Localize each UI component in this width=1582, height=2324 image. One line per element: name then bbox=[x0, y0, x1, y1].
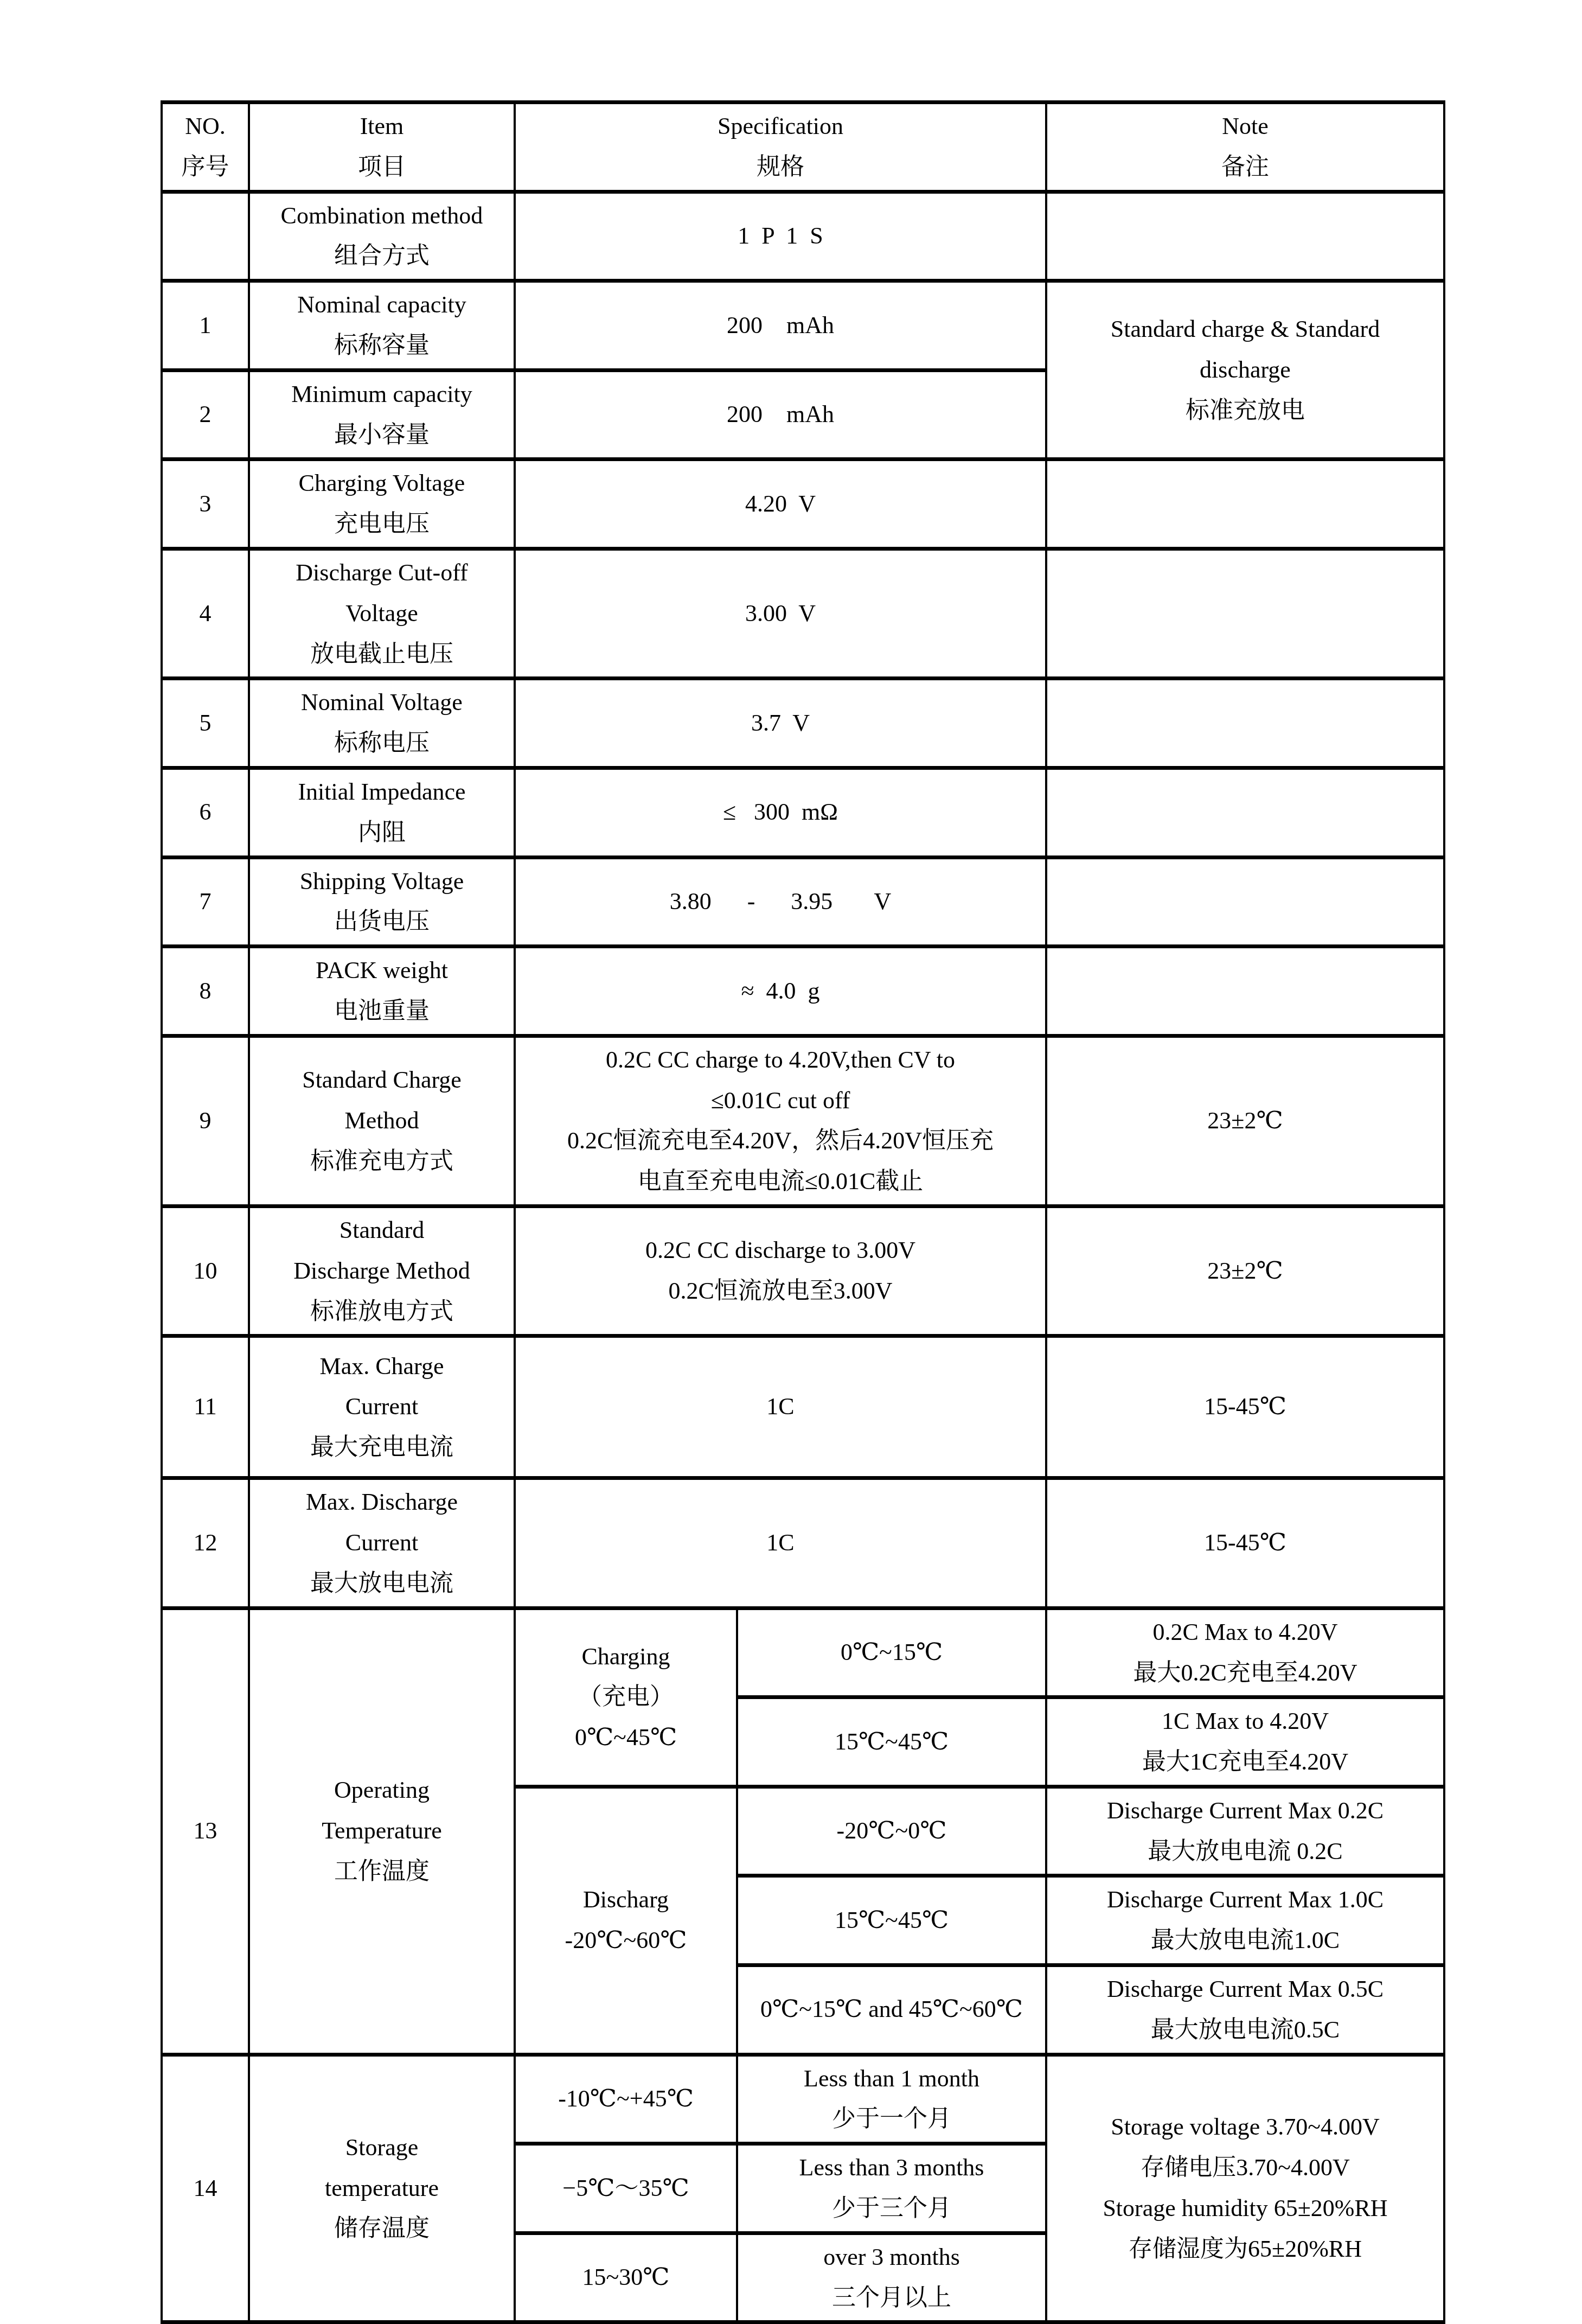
cell-7-spec: 3.80 - 3.95 V bbox=[515, 857, 1046, 947]
battery-spec-table: NO. 序号 Item 项目 Specification 规格 Note 备注 … bbox=[161, 100, 1445, 2324]
cell-10-note: 23±2℃ bbox=[1046, 1206, 1444, 1336]
cell-13-discharge-label: Discharg -20℃~60℃ bbox=[515, 1786, 737, 2054]
cell-6-item: Initial Impedance 内阻 bbox=[249, 768, 515, 857]
cell-12-item: Max. Discharge Current 最大放电电流 bbox=[249, 1478, 515, 1608]
row-combination: Combination method 组合方式 1 P 1 S bbox=[162, 191, 1444, 281]
cell-7-note bbox=[1046, 857, 1444, 947]
header-spec-cell: Specification 规格 bbox=[515, 103, 1046, 192]
cell-2-item: Minimum capacity 最小容量 bbox=[249, 370, 515, 459]
header-item-cell: Item 项目 bbox=[249, 103, 515, 192]
header-no-cell: NO. 序号 bbox=[162, 103, 249, 192]
cell-14-item: Storage temperature 储存温度 bbox=[249, 2054, 515, 2322]
cell-6-spec: ≤ 300 mΩ bbox=[515, 768, 1046, 857]
cell-10-spec: 0.2C CC discharge to 3.00V 0.2C恒流放电至3.00… bbox=[515, 1206, 1046, 1336]
row-11: 11 Max. Charge Current 最大充电电流 1C 15-45℃ bbox=[162, 1336, 1444, 1478]
row-14a: 14 Storage temperature 储存温度 -10℃~+45℃ Le… bbox=[162, 2054, 1444, 2144]
row-5: 5 Nominal Voltage 标称电压 3.7 V bbox=[162, 679, 1444, 768]
cell-8-item: PACK weight 电池重量 bbox=[249, 947, 515, 1036]
cell-1-2-note: Standard charge & Standard discharge 标准充… bbox=[1046, 281, 1444, 459]
cell-12-note: 15-45℃ bbox=[1046, 1478, 1444, 1608]
cell-3-spec: 4.20 V bbox=[515, 459, 1046, 549]
cell-9-no: 9 bbox=[162, 1036, 249, 1206]
row-4: 4 Discharge Cut-off Voltage 放电截止电压 3.00 … bbox=[162, 548, 1444, 678]
row-1: 1 Nominal capacity 标称容量 200 mAh Standard… bbox=[162, 281, 1444, 371]
cell-13e-range: 0℃~15℃ and 45℃~60℃ bbox=[737, 1965, 1046, 2055]
cell-13c-range: -20℃~0℃ bbox=[737, 1786, 1046, 1876]
cell-4-no: 4 bbox=[162, 548, 249, 678]
cell-5-spec: 3.7 V bbox=[515, 679, 1046, 768]
cell-9-item: Standard Charge Method 标准充电方式 bbox=[249, 1036, 515, 1206]
cell-1-spec: 200 mAh bbox=[515, 281, 1046, 371]
cell-10-no: 10 bbox=[162, 1206, 249, 1336]
cell-8-spec: ≈ 4.0 g bbox=[515, 947, 1046, 1036]
cell-5-note bbox=[1046, 679, 1444, 768]
cell-14-note: Storage voltage 3.70~4.00V 存储电压3.70~4.00… bbox=[1046, 2054, 1444, 2322]
cell-13-charging-label: Charging （充电） 0℃~45℃ bbox=[515, 1608, 737, 1786]
cell-8-note bbox=[1046, 947, 1444, 1036]
cell-9-note: 23±2℃ bbox=[1046, 1036, 1444, 1206]
cell-14b-duration: Less than 3 months 少于三个月 bbox=[737, 2144, 1046, 2233]
cell-11-note: 15-45℃ bbox=[1046, 1336, 1444, 1478]
cell-7-item: Shipping Voltage 出货电压 bbox=[249, 857, 515, 947]
cell-11-item: Max. Charge Current 最大充电电流 bbox=[249, 1336, 515, 1478]
cell-13e-note: Discharge Current Max 0.5C 最大放电电流0.5C bbox=[1046, 1965, 1444, 2055]
cell-combination-note bbox=[1046, 191, 1444, 281]
row-8: 8 PACK weight 电池重量 ≈ 4.0 g bbox=[162, 947, 1444, 1036]
cell-6-no: 6 bbox=[162, 768, 249, 857]
row-12: 12 Max. Discharge Current 最大放电电流 1C 15-4… bbox=[162, 1478, 1444, 1608]
cell-2-spec: 200 mAh bbox=[515, 370, 1046, 459]
cell-13d-range: 15℃~45℃ bbox=[737, 1876, 1046, 1965]
cell-14b-range: −5℃～35℃ bbox=[515, 2144, 737, 2233]
row-13a: 13 Operating Temperature 工作温度 Charging （… bbox=[162, 1608, 1444, 1697]
cell-4-spec: 3.00 V bbox=[515, 548, 1046, 678]
cell-8-no: 8 bbox=[162, 947, 249, 1036]
cell-14c-range: 15~30℃ bbox=[515, 2233, 737, 2322]
cell-1-item: Nominal capacity 标称容量 bbox=[249, 281, 515, 371]
cell-13d-note: Discharge Current Max 1.0C 最大放电电流1.0C bbox=[1046, 1876, 1444, 1965]
cell-5-item: Nominal Voltage 标称电压 bbox=[249, 679, 515, 768]
cell-4-item: Discharge Cut-off Voltage 放电截止电压 bbox=[249, 548, 515, 678]
cell-13-no: 13 bbox=[162, 1608, 249, 2054]
cell-11-spec: 1C bbox=[515, 1336, 1046, 1478]
header-row: NO. 序号 Item 项目 Specification 规格 Note 备注 bbox=[162, 103, 1444, 192]
cell-4-note bbox=[1046, 548, 1444, 678]
cell-13c-note: Discharge Current Max 0.2C 最大放电电流 0.2C bbox=[1046, 1786, 1444, 1876]
cell-14c-duration: over 3 months 三个月以上 bbox=[737, 2233, 1046, 2322]
cell-7-no: 7 bbox=[162, 857, 249, 947]
cell-6-note bbox=[1046, 768, 1444, 857]
row-7: 7 Shipping Voltage 出货电压 3.80 - 3.95 V bbox=[162, 857, 1444, 947]
cell-3-item: Charging Voltage 充电电压 bbox=[249, 459, 515, 549]
cell-14a-range: -10℃~+45℃ bbox=[515, 2054, 737, 2144]
cell-13b-note: 1C Max to 4.20V 最大1C充电至4.20V bbox=[1046, 1697, 1444, 1787]
cell-13a-range: 0℃~15℃ bbox=[737, 1608, 1046, 1697]
cell-3-no: 3 bbox=[162, 459, 249, 549]
cell-combination-item: Combination method 组合方式 bbox=[249, 191, 515, 281]
cell-13b-range: 15℃~45℃ bbox=[737, 1697, 1046, 1787]
cell-14-no: 14 bbox=[162, 2054, 249, 2322]
cell-5-no: 5 bbox=[162, 679, 249, 768]
cell-12-spec: 1C bbox=[515, 1478, 1046, 1608]
cell-2-no: 2 bbox=[162, 370, 249, 459]
cell-13-item: Operating Temperature 工作温度 bbox=[249, 1608, 515, 2054]
cell-3-note bbox=[1046, 459, 1444, 549]
header-note-cell: Note 备注 bbox=[1046, 103, 1444, 192]
cell-10-item: Standard Discharge Method 标准放电方式 bbox=[249, 1206, 515, 1336]
cell-11-no: 11 bbox=[162, 1336, 249, 1478]
row-3: 3 Charging Voltage 充电电压 4.20 V bbox=[162, 459, 1444, 549]
cell-combination-no bbox=[162, 191, 249, 281]
row-6: 6 Initial Impedance 内阻 ≤ 300 mΩ bbox=[162, 768, 1444, 857]
row-9: 9 Standard Charge Method 标准充电方式 0.2C CC … bbox=[162, 1036, 1444, 1206]
cell-9-spec: 0.2C CC charge to 4.20V,then CV to ≤0.01… bbox=[515, 1036, 1046, 1206]
row-10: 10 Standard Discharge Method 标准放电方式 0.2C… bbox=[162, 1206, 1444, 1336]
cell-14a-duration: Less than 1 month 少于一个月 bbox=[737, 2054, 1046, 2144]
cell-13a-note: 0.2C Max to 4.20V 最大0.2C充电至4.20V bbox=[1046, 1608, 1444, 1697]
cell-combination-spec: 1 P 1 S bbox=[515, 191, 1046, 281]
cell-1-no: 1 bbox=[162, 281, 249, 371]
document-page: { "header": { "no": "NO.\n序号", "item": "… bbox=[0, 0, 1582, 2261]
cell-12-no: 12 bbox=[162, 1478, 249, 1608]
